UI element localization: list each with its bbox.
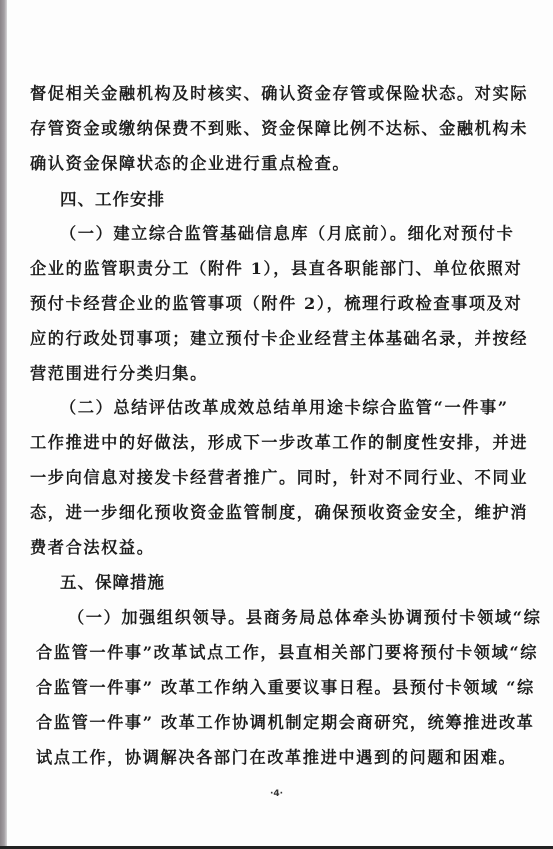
text-line: 应的行政处罚事项；建立预付卡企业经营主体基础名录，并按经: [30, 329, 528, 349]
text-line: 存管资金或缴纳保费不到账、资金保障比例不达标、金融机构未: [30, 119, 528, 139]
text-line: 费者合法权益。: [30, 538, 155, 558]
text-line: 督促相关金融机构及时核实、确认资金存管或保险状态。对实际: [30, 84, 528, 104]
text-line: 合监管一件事” 改革工作纳入重要议事日程。县预付卡领域 “综: [36, 678, 535, 698]
text-line: 试点工作，协调解决各部门在改革推进中遇到的问题和困难。: [36, 748, 516, 768]
text-line: 合监管一件事” 改革工作协调机制定期会商研究，统筹推进改革: [36, 713, 534, 733]
text-line: 预付卡经营企业的监管事项（附件 2），梳理行政检查事项及对: [30, 294, 522, 314]
page-number: ·4·: [0, 789, 553, 799]
scan-binding-edge: [0, 0, 7, 849]
text-line: 企业的监管职责分工（附件 1），县直各职能部门、单位依照对: [30, 259, 522, 279]
text-line: 态，进一步细化预收资金监管制度，确保预收资金安全，维护消: [30, 503, 528, 523]
text-line: 确认资金保障状态的企业进行重点检查。: [30, 154, 350, 174]
section-heading-safeguards: 五、保障措施: [60, 573, 165, 593]
text-line: 工作推进中的好做法，形成下一步改革工作的制度性安排，并进: [30, 433, 528, 453]
text-line: 一步向信息对接发卡经营者推广。同时，针对不同行业、不同业: [30, 468, 528, 488]
text-line: （一）建立综合监管基础信息库（月底前）。细化对预付卡: [60, 224, 514, 244]
text-line: 合监管一件事”改革试点工作，县直相关部门要将预付卡领域“综: [36, 643, 538, 663]
section-heading-work-arrangement: 四、工作安排: [60, 190, 165, 210]
text-line: （二）总结评估改革成效总结单用途卡综合监管“一件事”: [60, 398, 509, 418]
text-line: （一）加强组织领导。县商务局总体牵头协调预付卡领域“综: [68, 608, 541, 628]
text-line: 营范围进行分类归集。: [30, 364, 208, 384]
